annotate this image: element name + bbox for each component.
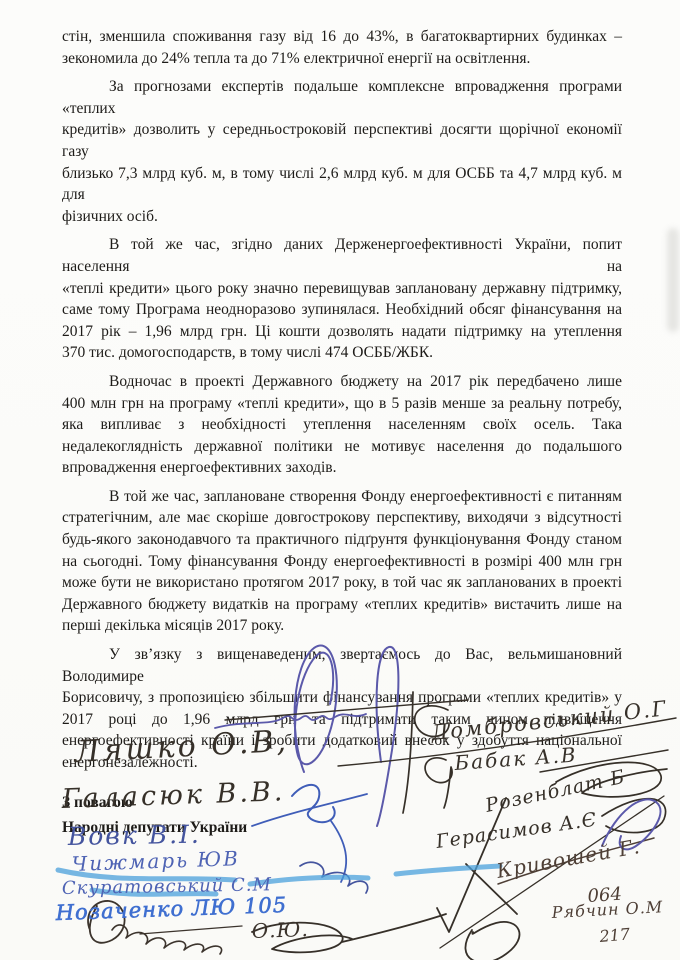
- signature-name: Нозаченко ЛЮ 105: [54, 893, 287, 925]
- text-line: близько 7,3 млрд куб. м, в тому числі 2,…: [62, 163, 622, 206]
- text-line: «теплі кредити» цього року значно переви…: [62, 278, 622, 300]
- signature-flourish: [300, 862, 368, 893]
- text-line: Водночас в проекті Державного бюджету на…: [62, 371, 622, 393]
- signature-name: Кривошей Г.: [494, 834, 642, 883]
- text-line: зекономила до 24% тепла та до 71% електр…: [62, 48, 622, 70]
- scanned-letter-page: стін, зменшила споживання газу від 16 до…: [0, 0, 680, 960]
- signature-flourish: [250, 877, 368, 884]
- letter-body: стін, зменшила споживання газу від 16 до…: [0, 0, 680, 840]
- text-line: недалекоглядність державної політики не …: [62, 436, 622, 458]
- text-line: 400 млн грн на програму «теплі кредити»,…: [62, 393, 622, 415]
- paragraph: У зв’язку з вищенаведеним, звертаємось д…: [62, 644, 622, 774]
- signature-name: Чижмарь ЮВ: [71, 846, 240, 876]
- paragraph: В той же час, заплановане створення Фонд…: [62, 486, 622, 637]
- signature-flourish: [112, 925, 222, 954]
- signature-flourish: [58, 870, 235, 880]
- signature-flourish: [465, 922, 519, 960]
- text-line: стін, зменшила споживання газу від 16 до…: [62, 26, 622, 48]
- text-line: фізичних осіб.: [62, 206, 622, 228]
- signature-name: О.Ю.: [251, 917, 309, 943]
- signature-flourish: [88, 901, 125, 943]
- closing-block: З повагою Народні депутати України: [62, 790, 622, 840]
- text-line: перші декілька місяців 2017 року.: [62, 615, 622, 637]
- text-line: 2017 році до 1,96 млрд грн та підтримати…: [62, 709, 622, 731]
- closing-regards: З повагою: [62, 790, 622, 815]
- signature-flourish: [92, 890, 216, 894]
- signature-flourish: [252, 914, 446, 952]
- paragraph: В той же час, згідно даних Держенергоефе…: [62, 234, 622, 364]
- text-line: може бути не використано протягом 2017 р…: [62, 572, 622, 594]
- text-line: стратегічним, але має скоріше довгострок…: [62, 507, 622, 529]
- signature-name: 217: [598, 924, 632, 946]
- text-line: на сьогодні. Тому фінансування Фонду ене…: [62, 551, 622, 573]
- signature-name: 064: [587, 884, 623, 907]
- text-line: В той же час, згідно даних Держенергоефе…: [62, 234, 622, 277]
- text-line: впровадження енергоефективних заходів.: [62, 457, 622, 479]
- text-line: енергоефективності країни і зробити дода…: [62, 730, 622, 752]
- text-line: яка випливає з необхідності утеплення на…: [62, 414, 622, 436]
- closing-signers-title: Народні депутати України: [62, 815, 622, 840]
- text-line: енергонезалежності.: [62, 752, 622, 774]
- paragraph: стін, зменшила споживання газу від 16 до…: [62, 26, 622, 69]
- text-line: 2017 рік – 1,96 млрд грн. Ці кошти дозво…: [62, 321, 622, 343]
- text-line: будь-якого законодавчого та практичного …: [62, 529, 622, 551]
- paragraph: Водночас в проекті Державного бюджету на…: [62, 371, 622, 479]
- text-line: кредитів» дозволить у середньостроковій …: [62, 119, 622, 162]
- text-line: 370 тис. домогосподарств, в тому числі 4…: [62, 342, 622, 364]
- signature-name: Скуратовський С.М: [62, 874, 272, 899]
- paragraph: За прогнозами експертів подальше комплек…: [62, 76, 622, 227]
- signature-flourish: [140, 926, 242, 934]
- text-line: саме тому Програма неодноразово зупиняла…: [62, 299, 622, 321]
- text-line: У зв’язку з вищенаведеним, звертаємось д…: [62, 644, 622, 687]
- text-line: В той же час, заплановане створення Фонд…: [62, 486, 622, 508]
- signature-flourish: [396, 866, 500, 874]
- scan-artifact: [667, 228, 679, 332]
- text-line: Борисовичу, з пропозицією збільшити фіна…: [62, 687, 622, 709]
- text-line: За прогнозами експертів подальше комплек…: [62, 76, 622, 119]
- signature-flourish: [498, 838, 654, 884]
- signature-name: Рябчин О.М: [550, 897, 663, 922]
- text-line: Державного бюджету видатків на програму …: [62, 594, 622, 616]
